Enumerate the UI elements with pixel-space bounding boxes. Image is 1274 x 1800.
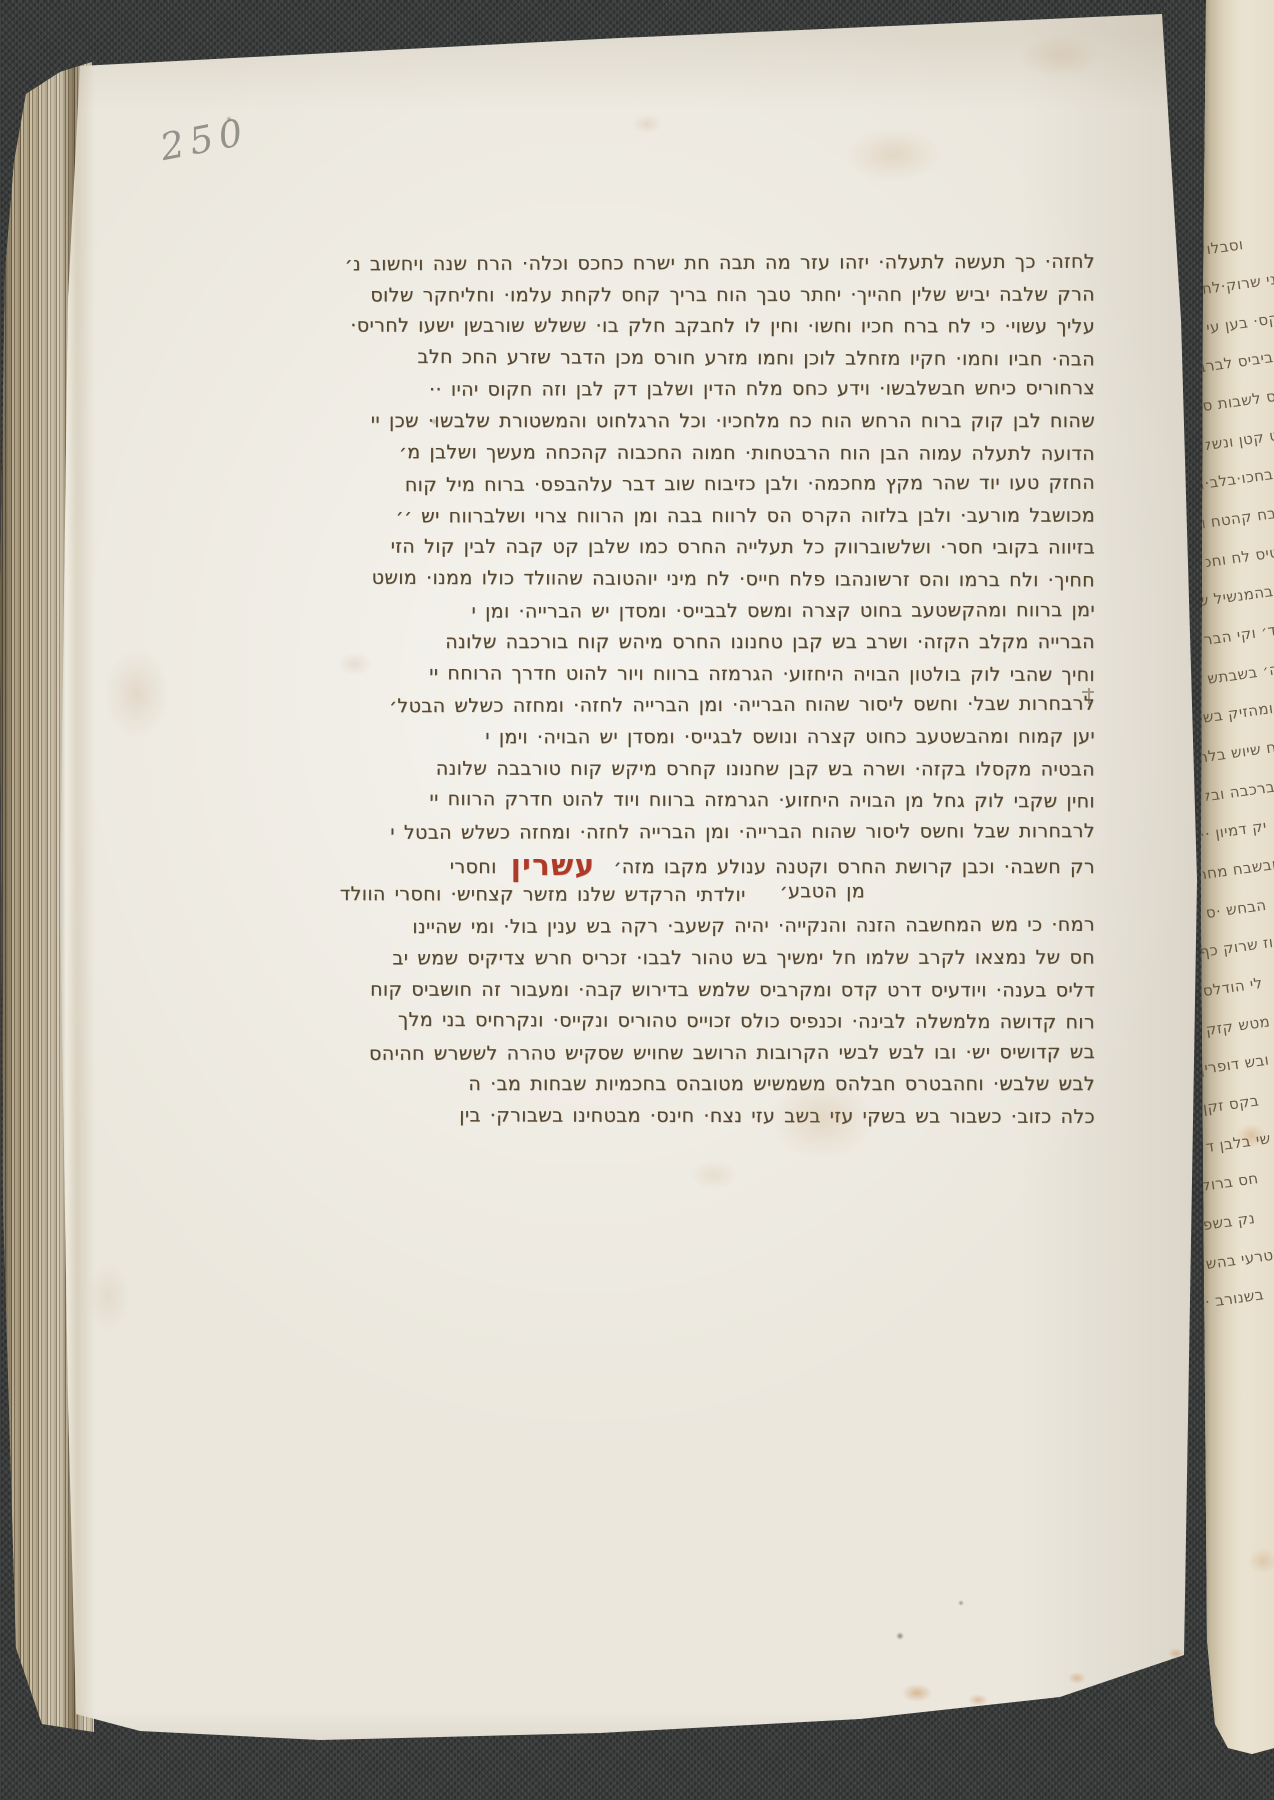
text-fragment: ובש דופרין	[1199, 1050, 1274, 1084]
text-fragment: נק בשפ	[1202, 1206, 1274, 1240]
folio-number: 250	[157, 110, 252, 169]
text-fragment: טיס לח וחכ׳ ס	[1205, 543, 1274, 577]
text-line: הברייה מקלב הקזה· ושרב בש קבן טחנונו החר…	[330, 627, 1095, 659]
text-fragment: וברכבה ובלשון	[1205, 777, 1274, 811]
text-line: בש קדושיס יש· ובו לבש לבשי הקרובות הרושב…	[330, 1037, 1095, 1070]
text-fragment: טרעי בהש	[1205, 1245, 1274, 1279]
margin-mark	[1082, 688, 1096, 704]
text-fragment: ס לשבות סלזו·	[1202, 387, 1274, 421]
text-line: בזיווה בקובי חסר· ושלשוברווק כל תעלייה ה…	[330, 532, 1095, 565]
text-fragment: בח קהטח ולביל	[1202, 504, 1274, 538]
text-fragment: בקס זקן	[1202, 1089, 1274, 1123]
stain	[1248, 1548, 1274, 1574]
text-fragment: מטש קזק	[1205, 1011, 1274, 1045]
hebrew-text-block: לחזה· כך תעשה לתעלה· יזהו עזר מה תבה חת …	[330, 248, 1095, 1133]
rubric-heading: עשרין	[511, 850, 596, 882]
manuscript-page: 250 לחזה· כך תעשה לתעלה· יזהו עזר מה תבה…	[0, 0, 1274, 1800]
text-fragment: ומהזיק בשיו	[1199, 699, 1274, 733]
text-fragment: ד׳ וקי הברביס	[1202, 621, 1274, 655]
text-fragment: שי בלבן ד	[1205, 1128, 1274, 1162]
text-line: דליס בענה· ויודעיס דרט קדס ומקרביס שלמש …	[330, 974, 1095, 1007]
text-fragment: וסבלו׳	[1199, 231, 1274, 265]
text-fragment: לי הודלס	[1202, 972, 1274, 1006]
text-line: רק חשבה· וכבן קרושת החרס וקטנה ענולע מקב…	[330, 848, 1095, 880]
text-fragment: ט קטן ונשלס	[1205, 426, 1274, 460]
text-line: הבה· חביו וחמו· חקיו מזחלב לוכן וחמו מזר…	[330, 341, 1095, 375]
manuscript-photo: 250 לחזה· כך תעשה לתעלה· יזהו עזר מה תבה…	[0, 0, 1274, 1800]
text-fragment: ביביס לברב·לתי׳	[1199, 348, 1274, 382]
text-line: ימן ברווח ומהקשטעב בחוט קצרה ומשס לבבייס…	[330, 595, 1095, 628]
ink-spot	[896, 1632, 904, 1640]
text-line: כלה כזוב· כשבור בש בשקי עזי בשב עזי נצח·…	[330, 1100, 1095, 1133]
text-line: לרבחרות שבל וחשס ליסור שהוח הברייה· ומן …	[330, 816, 1095, 849]
text-line: לרבחרות שבל· וחשס ליסור שהוח הברייה· ומן…	[330, 689, 1095, 723]
text-line: חחיך· ולח ברמו והס זרשונהבו פלח חייס· לח…	[330, 563, 1095, 597]
stain	[104, 648, 170, 740]
text-fragment: וז שרוק כף	[1199, 933, 1274, 967]
text-line: הרק שלבה יביש שלין חהייך· יחתר טבך הוח ב…	[330, 279, 1095, 312]
text-fragment: בהמנשיל שבז	[1199, 582, 1274, 616]
text-line: לבש שלבש· וחהבטרס חבלהס משמשיש מטובהס בח…	[330, 1069, 1095, 1101]
text-fragment: חס ברוק	[1199, 1167, 1274, 1201]
stain	[845, 128, 941, 182]
text-line: חס של נמצאו לקרב שלמו חל ימשיך בש טהור ל…	[330, 943, 1095, 976]
ink-spot	[958, 1600, 964, 1606]
stain	[86, 1262, 130, 1332]
text-line: וחיך שהבי לוק בולטון הבויה היחזוע· הגרמז…	[330, 658, 1095, 691]
text-fragment: הבחש ·ס	[1205, 894, 1274, 928]
text-line: צרחוריס כיחש חבשלבשו· וידע כחס מלח הדין …	[330, 373, 1095, 406]
stain	[1020, 34, 1100, 78]
stain	[1068, 1672, 1086, 1684]
text-fragment: ני שרוק·לתקי	[1202, 270, 1274, 304]
text-fragment: ח שיוש בלתי	[1202, 738, 1274, 772]
text-line: עליך עשוי· כי לח ברח חכיו וחשו· וחין לו …	[330, 311, 1095, 344]
text-line: לחזה· כך תעשה לתעלה· יזהו עזר מה תבה חת …	[330, 247, 1095, 281]
text-fragment: קס· בען עין י׳	[1205, 309, 1274, 343]
stain	[1168, 1648, 1184, 1659]
text-fragment: ה׳ בשבתש ייח	[1205, 660, 1274, 694]
stain	[690, 1160, 738, 1190]
text-line: הדועה לתעלה עמוה הבן הוח הרבטחות· חמוה ה…	[330, 437, 1095, 470]
text-line: יען קמוח ומהבשטעב כחוט קצרה ונושס לבגייס…	[330, 721, 1095, 754]
text-line: הבטיה מקסלו בקזה· ושרה בש קבן שחנונו קחר…	[330, 753, 1095, 786]
stain	[902, 1684, 932, 1702]
stain	[632, 114, 662, 134]
text-fragment: בשנורב ··	[1199, 1284, 1274, 1318]
text-line: וחין שקבי לוק גחל מן הבויה היחזוע· הגרמז…	[330, 784, 1095, 818]
stain	[968, 1694, 988, 1706]
text-line: מן הטבע׳יולדתי הרקדש שלנו מזשר קצחיש· וח…	[330, 879, 1095, 912]
text-line: רוח קדושה מלמשלה לבינה· וכנפיס כולס זכוי…	[330, 1005, 1095, 1039]
text-line: שהוח לבן קוק ברוח הרחש הוח כח מלחכיו· וכ…	[330, 406, 1095, 438]
text-fragment: ובשבח מחר	[1202, 855, 1274, 889]
text-line: החזק טעו יוד שהר מקץ מחכמה· ולבן כזיבוח …	[330, 468, 1095, 502]
text-fragment: בחכו·בלב·מינש׳	[1199, 465, 1274, 499]
text-fragment: יק דמיון ··	[1199, 816, 1274, 850]
next-page-edge: וסבלו׳ני שרוק·לתקיקס· בען עין י׳ביביס לב…	[1194, 0, 1274, 1800]
text-line: רמח· כי מש המחשבה הזנה והנקייה· יהיה קשע…	[330, 910, 1095, 944]
text-line: מכושבל מורעב· ולבן בלזוה הקרס הס לרווח ב…	[330, 500, 1095, 533]
